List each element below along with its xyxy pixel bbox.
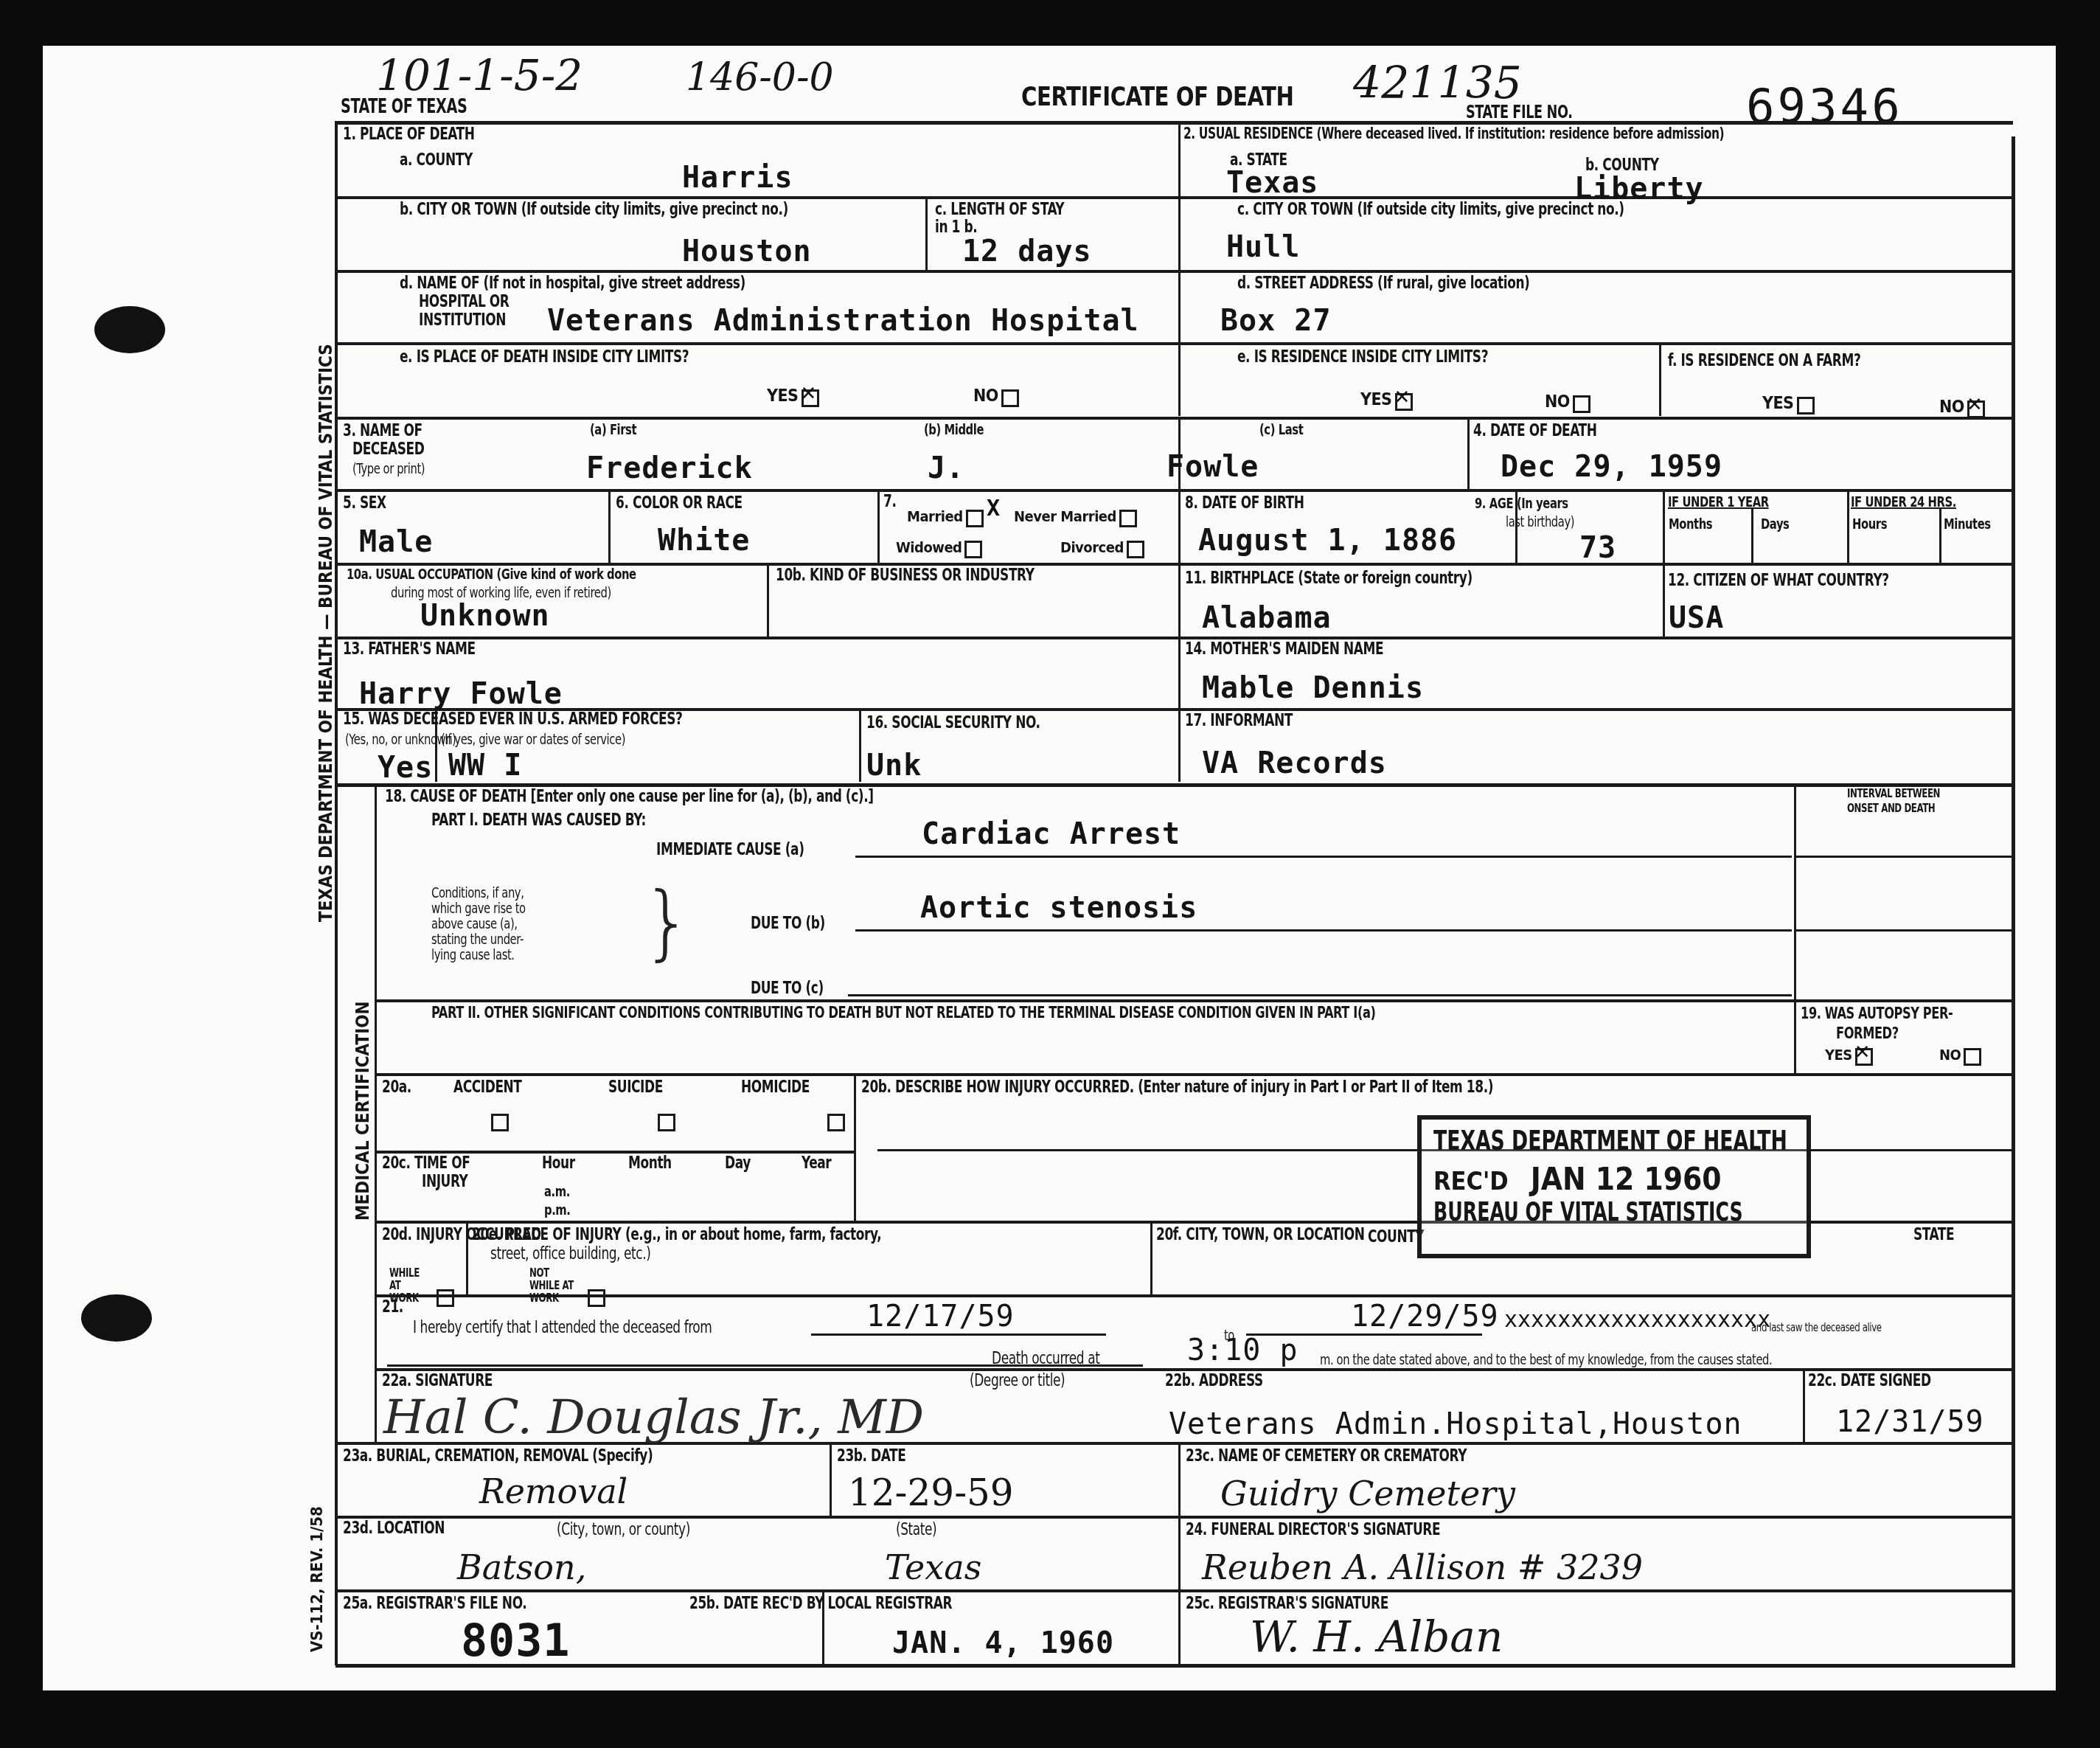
time-suffix-label: m. on the date stated above, and to the … — [1320, 1352, 1772, 1367]
cemetery-label: 23c. NAME OF CEMETERY OR CREMATORY — [1186, 1447, 1467, 1465]
residence-state-value: Texas — [1226, 166, 1318, 200]
checkbox[interactable] — [437, 1289, 454, 1307]
marital-married[interactable]: Married — [907, 509, 984, 527]
dob-value: August 1, 1886 — [1198, 524, 1457, 558]
month-label: Month — [628, 1154, 672, 1172]
checkbox-checked[interactable] — [1967, 400, 1985, 418]
institution-label: INSTITUTION — [419, 311, 506, 329]
checkbox[interactable] — [1573, 395, 1590, 413]
county-label: a. COUNTY — [400, 151, 473, 169]
pm-label: p.m. — [544, 1202, 571, 1218]
accident-label: ACCIDENT — [453, 1078, 522, 1096]
war-value: WW I — [448, 749, 522, 783]
registrar-date-value: JAN. 4, 1960 — [892, 1626, 1114, 1660]
place-of-injury-label: 20e. PLACE OF INJURY (e.g., in or about … — [472, 1226, 881, 1244]
citizen-value: USA — [1669, 601, 1724, 635]
part1-label: PART I. DEATH WAS CAUSED BY: — [431, 811, 646, 829]
checkbox[interactable] — [1797, 397, 1815, 415]
received-stamp: TEXAS DEPARTMENT OF HEALTH REC'DJAN 12 1… — [1417, 1115, 1811, 1258]
immediate-cause-value: Cardiac Arrest — [922, 817, 1181, 851]
place-of-injury-sublabel: street, office building, etc.) — [490, 1245, 650, 1263]
attended-from-value: 12/17/59 — [866, 1300, 1015, 1333]
medical-certification-label: MEDICAL CERTIFICATION — [352, 1001, 373, 1221]
hospital-value: Veterans Administration Hospital — [547, 304, 1139, 338]
hour-label: Hour — [542, 1154, 575, 1172]
location-label: 23d. LOCATION — [343, 1519, 445, 1537]
am-label: a.m. — [544, 1184, 570, 1199]
signature-label: 22a. SIGNATURE — [382, 1372, 493, 1390]
funeral-director-label: 24. FUNERAL DIRECTOR'S SIGNATURE — [1186, 1521, 1440, 1539]
age-label: 9. AGE (In years — [1475, 496, 1568, 511]
death-county-value: Harris — [682, 161, 793, 195]
under-year-label: IF UNDER 1 YEAR — [1668, 494, 1769, 510]
sex-label: 5. SEX — [343, 494, 386, 512]
punch-hole-bottom — [81, 1294, 152, 1342]
residence-inside-city-no[interactable]: NO — [1545, 393, 1590, 413]
suicide-checkbox[interactable] — [658, 1114, 675, 1131]
registrar-signature: W. H. Alban — [1250, 1612, 1503, 1662]
address-label: 22b. ADDRESS — [1165, 1372, 1263, 1390]
death-inside-city-yes[interactable]: YES — [767, 387, 819, 407]
registrar-file-label: 25a. REGISTRAR'S FILE NO. — [343, 1595, 526, 1612]
due-to-c-label: DUE TO (c) — [751, 979, 824, 997]
armed-sub-label: (Yes, no, or unknown) — [345, 732, 456, 747]
interval-label: INTERVAL BETWEEN — [1847, 788, 1940, 800]
age-sublabel: last birthday) — [1506, 514, 1574, 530]
stamp-recd: REC'D — [1433, 1167, 1509, 1196]
cert-num-label: 21. — [382, 1298, 403, 1316]
farm-label: f. IS RESIDENCE ON A FARM? — [1668, 352, 1860, 370]
brace-icon: } — [642, 881, 693, 963]
address-value: Veterans Admin.Hospital,Houston — [1169, 1407, 1742, 1441]
handwritten-ref-1: 101-1-5-2 — [376, 50, 583, 100]
conditions-note: Conditions, if any, which gave rise to a… — [431, 885, 579, 963]
marital-never-married[interactable]: Never Married — [1014, 509, 1137, 527]
dob-label: 8. DATE OF BIRTH — [1185, 494, 1304, 512]
deceased-label: DECEASED — [352, 440, 424, 458]
handwritten-ref-2: 146-0-0 — [686, 55, 834, 100]
interval-sublabel: ONSET AND DEATH — [1847, 802, 1935, 815]
armed-forces-value: Yes — [378, 751, 433, 785]
checkbox[interactable] — [966, 510, 984, 527]
hospital-or-label: HOSPITAL OR — [419, 293, 510, 311]
occupation-sublabel: during most of working life, even if ret… — [391, 585, 611, 600]
checkbox-checked[interactable] — [802, 389, 819, 407]
registrar-signature-label: 25c. REGISTRAR'S SIGNATURE — [1186, 1595, 1388, 1612]
residence-inside-city-label: e. IS RESIDENCE INSIDE CITY LIMITS? — [1237, 348, 1488, 366]
injury-state-label: STATE — [1913, 1226, 1954, 1244]
date-of-death-value: Dec 29, 1959 — [1501, 450, 1722, 484]
age-value: 73 — [1579, 531, 1616, 565]
checkbox-checked[interactable] — [1395, 393, 1413, 411]
sex-value: Male — [359, 525, 433, 559]
marital-divorced[interactable]: Divorced — [1060, 540, 1144, 558]
first-name-value: Frederick — [586, 451, 753, 485]
days-label: Days — [1761, 516, 1789, 532]
type-or-print-label: (Type or print) — [352, 461, 425, 476]
due-to-b-value: Aortic stenosis — [920, 891, 1197, 925]
injury-county-label: COUNTY — [1368, 1228, 1424, 1246]
funeral-director-value: Reuben A. Allison # 3239 — [1202, 1547, 1643, 1587]
registrar-file-value: 8031 — [461, 1615, 571, 1667]
registrar-date-label: 25b. DATE REC'D BY LOCAL REGISTRAR — [689, 1595, 952, 1612]
city-label: b. CITY OR TOWN (If outside city limits,… — [400, 201, 788, 218]
bureau-vertical-label: TEXAS DEPARTMENT OF HEALTH — BUREAU OF V… — [316, 344, 336, 922]
physician-signature: Hal C. Douglas Jr., MD — [383, 1390, 924, 1445]
homicide-label: HOMICIDE — [741, 1078, 810, 1096]
cemetery-value: Guidry Cemetery — [1220, 1474, 1515, 1513]
farm-yes[interactable]: YES — [1762, 395, 1815, 415]
mother-value: Mable Dennis — [1202, 671, 1424, 705]
street-address-label: d. STREET ADDRESS (If rural, give locati… — [1237, 274, 1529, 292]
place-of-death-label: 1. PLACE OF DEATH — [343, 125, 475, 143]
stamp-line-1: TEXAS DEPARTMENT OF HEALTH — [1433, 1124, 1715, 1156]
under-24-label: IF UNDER 24 HRS. — [1851, 494, 1956, 510]
stamp-date: JAN 12 1960 — [1531, 1161, 1722, 1197]
last-name-value: Fowle — [1167, 450, 1259, 484]
hours-label: Hours — [1852, 516, 1887, 532]
name-label: 3. NAME OF — [343, 422, 423, 440]
residence-inside-city-yes[interactable]: YES — [1360, 391, 1413, 411]
immediate-cause-label: IMMEDIATE CAUSE (a) — [656, 841, 804, 859]
informant-value: VA Records — [1202, 746, 1387, 780]
length-of-stay-label: c. LENGTH OF STAY in 1 b. — [935, 201, 1074, 236]
checkbox-checked[interactable] — [1855, 1048, 1873, 1066]
date-signed-label: 22c. DATE SIGNED — [1808, 1372, 1931, 1390]
minutes-label: Minutes — [1944, 516, 1991, 532]
disposition-method-value: Removal — [479, 1471, 627, 1511]
degree-label: (Degree or title) — [970, 1372, 1065, 1390]
state-of-texas-label: STATE OF TEXAS — [341, 97, 467, 117]
checkbox[interactable] — [588, 1289, 605, 1307]
business-label: 10b. KIND OF BUSINESS OR INDUSTRY — [776, 566, 1035, 584]
autopsy-yes[interactable]: YES — [1825, 1047, 1873, 1066]
frame-bottom — [335, 1664, 2015, 1668]
citizen-label: 12. CITIZEN OF WHAT COUNTRY? — [1668, 572, 1889, 589]
checkbox[interactable] — [1127, 541, 1144, 558]
autopsy-sublabel: FORMED? — [1836, 1025, 1899, 1042]
state-file-label: STATE FILE NO. — [1466, 103, 1572, 122]
disposition-method-label: 23a. BURIAL, CREMATION, REMOVAL (Specify… — [343, 1447, 653, 1465]
injury-sublabel: INJURY — [422, 1173, 467, 1190]
farm-no[interactable]: NO — [1939, 398, 1985, 418]
page-title: CERTIFICATE OF DEATH — [1021, 83, 1293, 111]
residence-city-value: Hull — [1226, 230, 1300, 264]
frame-right — [2012, 136, 2015, 1667]
location-city-label: (City, town, or county) — [557, 1521, 690, 1539]
checkbox[interactable] — [1964, 1048, 1981, 1066]
inside-city-label: e. IS PLACE OF DEATH INSIDE CITY LIMITS? — [400, 348, 689, 366]
checkbox[interactable] — [1001, 389, 1019, 407]
injury-20a-label: 20a. — [382, 1078, 411, 1096]
street-address-value: Box 27 — [1220, 304, 1332, 338]
ssn-label: 16. SOCIAL SECURITY NO. — [866, 714, 1040, 732]
day-label: Day — [725, 1154, 751, 1172]
location-city-value: Batson, — [457, 1547, 586, 1587]
state-file-number: 69346 — [1746, 80, 1903, 134]
middle-name-label: (b) Middle — [924, 422, 984, 437]
homicide-checkbox[interactable] — [827, 1114, 845, 1131]
disposition-date-label: 23b. DATE — [837, 1447, 905, 1465]
punch-hole-top — [94, 306, 165, 353]
location-state-label: (State) — [896, 1521, 936, 1539]
autopsy-label: 19. WAS AUTOPSY PER- — [1801, 1005, 1953, 1022]
struck-text: xxxxxxxxxxxxxxxxxxxx — [1504, 1307, 1770, 1333]
residence-city-label: c. CITY OR TOWN (If outside city limits,… — [1237, 201, 1624, 218]
autopsy-no[interactable]: NO — [1939, 1047, 1981, 1066]
ssn-value: Unk — [866, 749, 922, 783]
hospital-label: d. NAME OF (If not in hospital, give str… — [400, 274, 745, 292]
marital-mark: X — [987, 496, 1000, 521]
last-name-label: (c) Last — [1259, 422, 1303, 437]
mother-label: 14. MOTHER'S MAIDEN NAME — [1185, 640, 1383, 658]
date-of-death-label: 4. DATE OF DEATH — [1473, 422, 1596, 440]
checkbox[interactable] — [1119, 510, 1137, 527]
war-sub-label: (If yes, give war or dates of service) — [441, 732, 625, 747]
time-of-death-value: 3:10 p — [1187, 1333, 1298, 1367]
part2-label: PART II. OTHER SIGNIFICANT CONDITIONS CO… — [431, 1005, 1375, 1022]
length-of-stay-value: 12 days — [962, 235, 1092, 268]
due-to-b-label: DUE TO (b) — [751, 915, 825, 932]
middle-name-value: J. — [928, 451, 964, 485]
father-value: Harry Fowle — [359, 677, 563, 711]
frame-top — [335, 121, 2013, 125]
first-name-label: (a) First — [590, 422, 636, 437]
marital-label: 7. — [883, 493, 896, 510]
not-while-at-work[interactable]: NOT WHILE AT WORK — [529, 1267, 625, 1307]
accident-checkbox[interactable] — [491, 1114, 509, 1131]
injury-city-label: 20f. CITY, TOWN, OR LOCATION — [1156, 1226, 1365, 1244]
checkbox[interactable] — [964, 541, 982, 558]
birthplace-label: 11. BIRTHPLACE (State or foreign country… — [1185, 569, 1473, 587]
death-city-value: Houston — [682, 235, 812, 268]
cause-of-death-label: 18. CAUSE OF DEATH [Enter only one cause… — [385, 788, 874, 805]
injury-description-label: 20b. DESCRIBE HOW INJURY OCCURRED. (Ente… — [861, 1078, 1493, 1096]
stamp-line-3: BUREAU OF VITAL STATISTICS — [1433, 1197, 1715, 1227]
death-inside-city-no[interactable]: NO — [973, 387, 1019, 407]
birthplace-value: Alabama — [1202, 601, 1332, 635]
months-label: Months — [1669, 516, 1712, 532]
race-value: White — [658, 524, 750, 558]
suicide-label: SUICIDE — [608, 1078, 663, 1096]
attended-to-value: 12/29/59 — [1351, 1300, 1499, 1333]
race-label: 6. COLOR OR RACE — [616, 494, 743, 512]
form-number-label: VS-112, REV. 1/58 — [308, 1506, 327, 1652]
year-label: Year — [802, 1154, 831, 1172]
time-of-injury-label: 20c. TIME OF — [382, 1154, 470, 1172]
frame-left — [335, 121, 338, 1665]
occupation-value: Unknown — [420, 599, 550, 633]
disposition-date-value: 12-29-59 — [848, 1471, 1014, 1514]
date-signed-value: 12/31/59 — [1836, 1405, 1984, 1439]
occupation-label: 10a. USUAL OCCUPATION (Give kind of work… — [347, 566, 636, 582]
usual-residence-label: 2. USUAL RESIDENCE (Where deceased lived… — [1183, 125, 1724, 142]
father-label: 13. FATHER'S NAME — [343, 640, 476, 658]
location-state-value: Texas — [885, 1547, 981, 1587]
attend-label: I hereby certify that I attended the dec… — [413, 1319, 712, 1336]
informant-label: 17. INFORMANT — [1185, 712, 1293, 729]
armed-forces-label: 15. WAS DECEASED EVER IN U.S. ARMED FORC… — [343, 710, 682, 728]
last-saw-label: and last saw the deceased alive — [1751, 1322, 1882, 1334]
marital-widowed[interactable]: Widowed — [896, 540, 982, 558]
